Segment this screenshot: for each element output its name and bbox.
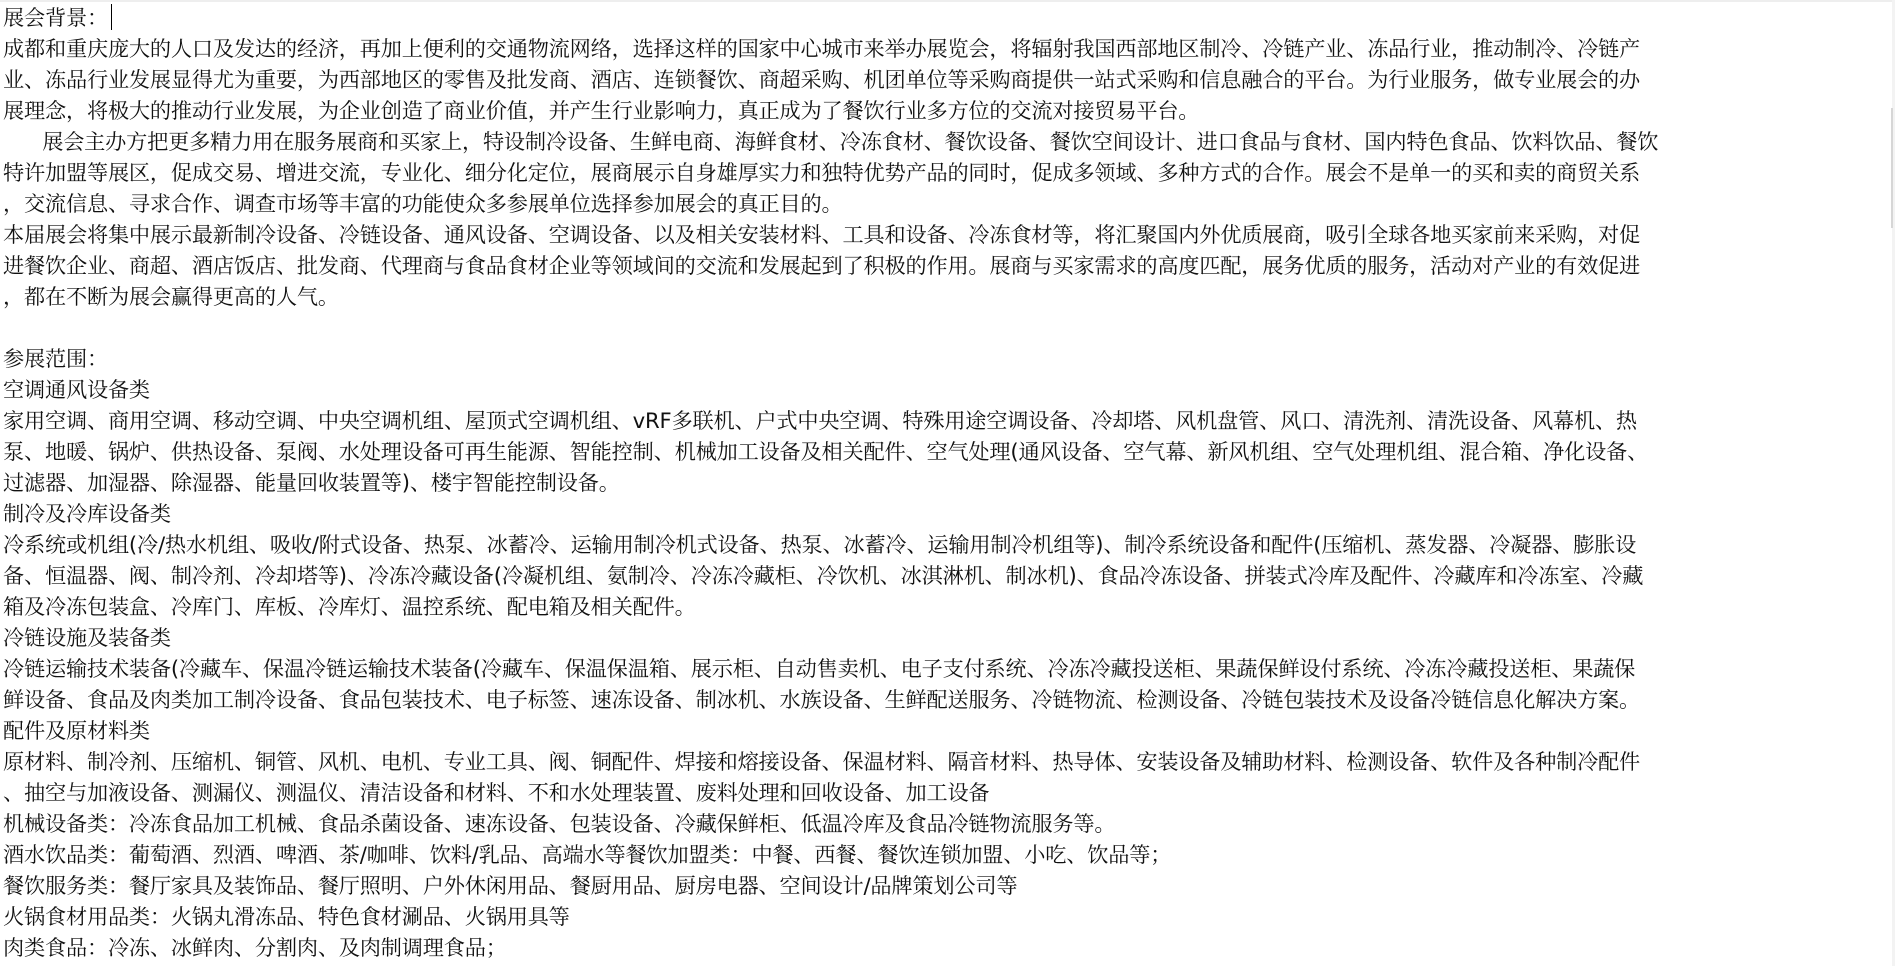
text-line: 展会主办方把更多精力用在服务展商和买家上，特设制冷设备、生鲜电商、海鲜食材、冷冻… [3, 126, 1883, 157]
scope-section-title: 冷链设施及装备类 [3, 622, 1883, 653]
text-line: 家用空调、商用空调、移动空调、中央空调机组、屋顶式空调机组、vRF多联机、户式中… [3, 405, 1883, 436]
text-line: 特许加盟等展区，促成交易、增进交流，专业化、细分化定位，展商展示自身雄厚实力和独… [3, 157, 1883, 188]
text-line: 业、冻品行业发展显得尤为重要，为西部地区的零售及批发商、酒店、连锁餐饮、商超采购… [3, 64, 1883, 95]
background-paragraph: 本届展会将集中展示最新制冷设备、冷链设备、通风设备、空调设备、以及相关安装材料、… [3, 219, 1883, 312]
text-line: 过滤器、加湿器、除湿器、能量回收装置等)、楼宇智能控制设备。 [3, 467, 1883, 498]
text-line: 进餐饮企业、商超、酒店饭店、批发商、代理商与食品食材企业等领域间的交流和发展起到… [3, 250, 1883, 281]
scope-item: 酒水饮品类：葡萄酒、烈酒、啤酒、茶/咖啡、饮料/乳品、高端水等餐饮加盟类：中餐、… [3, 839, 1883, 870]
scrollbar-thumb[interactable] [1891, 108, 1893, 228]
text-line: 本届展会将集中展示最新制冷设备、冷链设备、通风设备、空调设备、以及相关安装材料、… [3, 219, 1883, 250]
scope-section: 冷链设施及装备类 冷链运输技术装备(冷藏车、保温冷链运输技术装备(冷藏车、保温保… [3, 622, 1883, 715]
text-line: 冷系统或机组(冷/热水机组、吸收/附式设备、热泵、冰蓄冷、运输用制冷机式设备、热… [3, 529, 1883, 560]
text-line: 成都和重庆庞大的人口及发达的经济，再加上便利的交通物流网络，选择这样的国家中心城… [3, 33, 1883, 64]
scope-item: 火锅食材用品类：火锅丸滑冻品、特色食材涮品、火锅用具等 [3, 901, 1883, 932]
scope-item: 肉类食品：冷冻、冰鲜肉、分割肉、及肉制调理食品； [3, 932, 1883, 963]
text-line: 、抽空与加液设备、测漏仪、测温仪、清洁设备和材料、不和水处理装置、废料处理和回收… [3, 777, 1883, 808]
background-paragraph: 展会主办方把更多精力用在服务展商和买家上，特设制冷设备、生鲜电商、海鲜食材、冷冻… [3, 126, 1883, 219]
scope-item: 餐饮服务类：餐厅家具及装饰品、餐厅照明、户外休闲用品、餐厨用品、厨房电器、空间设… [3, 870, 1883, 901]
scope-section: 配件及原材料类 原材料、制冷剂、压缩机、铜管、风机、电机、专业工具、阀、铜配件、… [3, 715, 1883, 808]
text-line: 鲜设备、食品及肉类加工制冷设备、食品包装技术、电子标签、速冻设备、制冰机、水族设… [3, 684, 1883, 715]
document-body[interactable]: 展会背景： 成都和重庆庞大的人口及发达的经济，再加上便利的交通物流网络，选择这样… [3, 2, 1883, 963]
text-line: 备、恒温器、阀、制冷剂、冷却塔等)、冷冻冷藏设备(冷凝机组、氨制冷、冷冻冷藏柜、… [3, 560, 1883, 591]
scope-item: 机械设备类：冷冻食品加工机械、食品杀菌设备、速冻设备、包装设备、冷藏保鲜柜、低温… [3, 808, 1883, 839]
blank-line [3, 312, 1883, 343]
scope-section-title: 空调通风设备类 [3, 374, 1883, 405]
scope-section: 空调通风设备类 家用空调、商用空调、移动空调、中央空调机组、屋顶式空调机组、vR… [3, 374, 1883, 498]
text-line: 原材料、制冷剂、压缩机、铜管、风机、电机、专业工具、阀、铜配件、焊接和熔接设备、… [3, 746, 1883, 777]
text-line: 冷链运输技术装备(冷藏车、保温冷链运输技术装备(冷藏车、保温保温箱、展示柜、自动… [3, 653, 1883, 684]
text-line: 泵、地暖、锅炉、供热设备、泵阀、水处理设备可再生能源、智能控制、机械加工设备及相… [3, 436, 1883, 467]
scope-section-title: 制冷及冷库设备类 [3, 498, 1883, 529]
scope-section: 制冷及冷库设备类 冷系统或机组(冷/热水机组、吸收/附式设备、热泵、冰蓄冷、运输… [3, 498, 1883, 622]
scope-heading: 参展范围： [3, 343, 1883, 374]
text-line: ，都在不断为展会赢得更高的人气。 [3, 281, 1883, 312]
background-heading: 展会背景： [3, 5, 108, 30]
text-cursor [111, 4, 112, 30]
scope-section-title: 配件及原材料类 [3, 715, 1883, 746]
background-heading-line: 展会背景： [3, 2, 1883, 33]
text-line: 箱及冷冻包装盒、冷库门、库板、冷库灯、温控系统、配电箱及相关配件。 [3, 591, 1883, 622]
text-line: ，交流信息、寻求合作、调查市场等丰富的功能使众多参展单位选择参加展会的真正目的。 [3, 188, 1883, 219]
text-line: 展理念，将极大的推动行业发展，为企业创造了商业价值，并产生行业影响力，真正成为了… [3, 95, 1883, 126]
background-paragraph: 成都和重庆庞大的人口及发达的经济，再加上便利的交通物流网络，选择这样的国家中心城… [3, 33, 1883, 126]
